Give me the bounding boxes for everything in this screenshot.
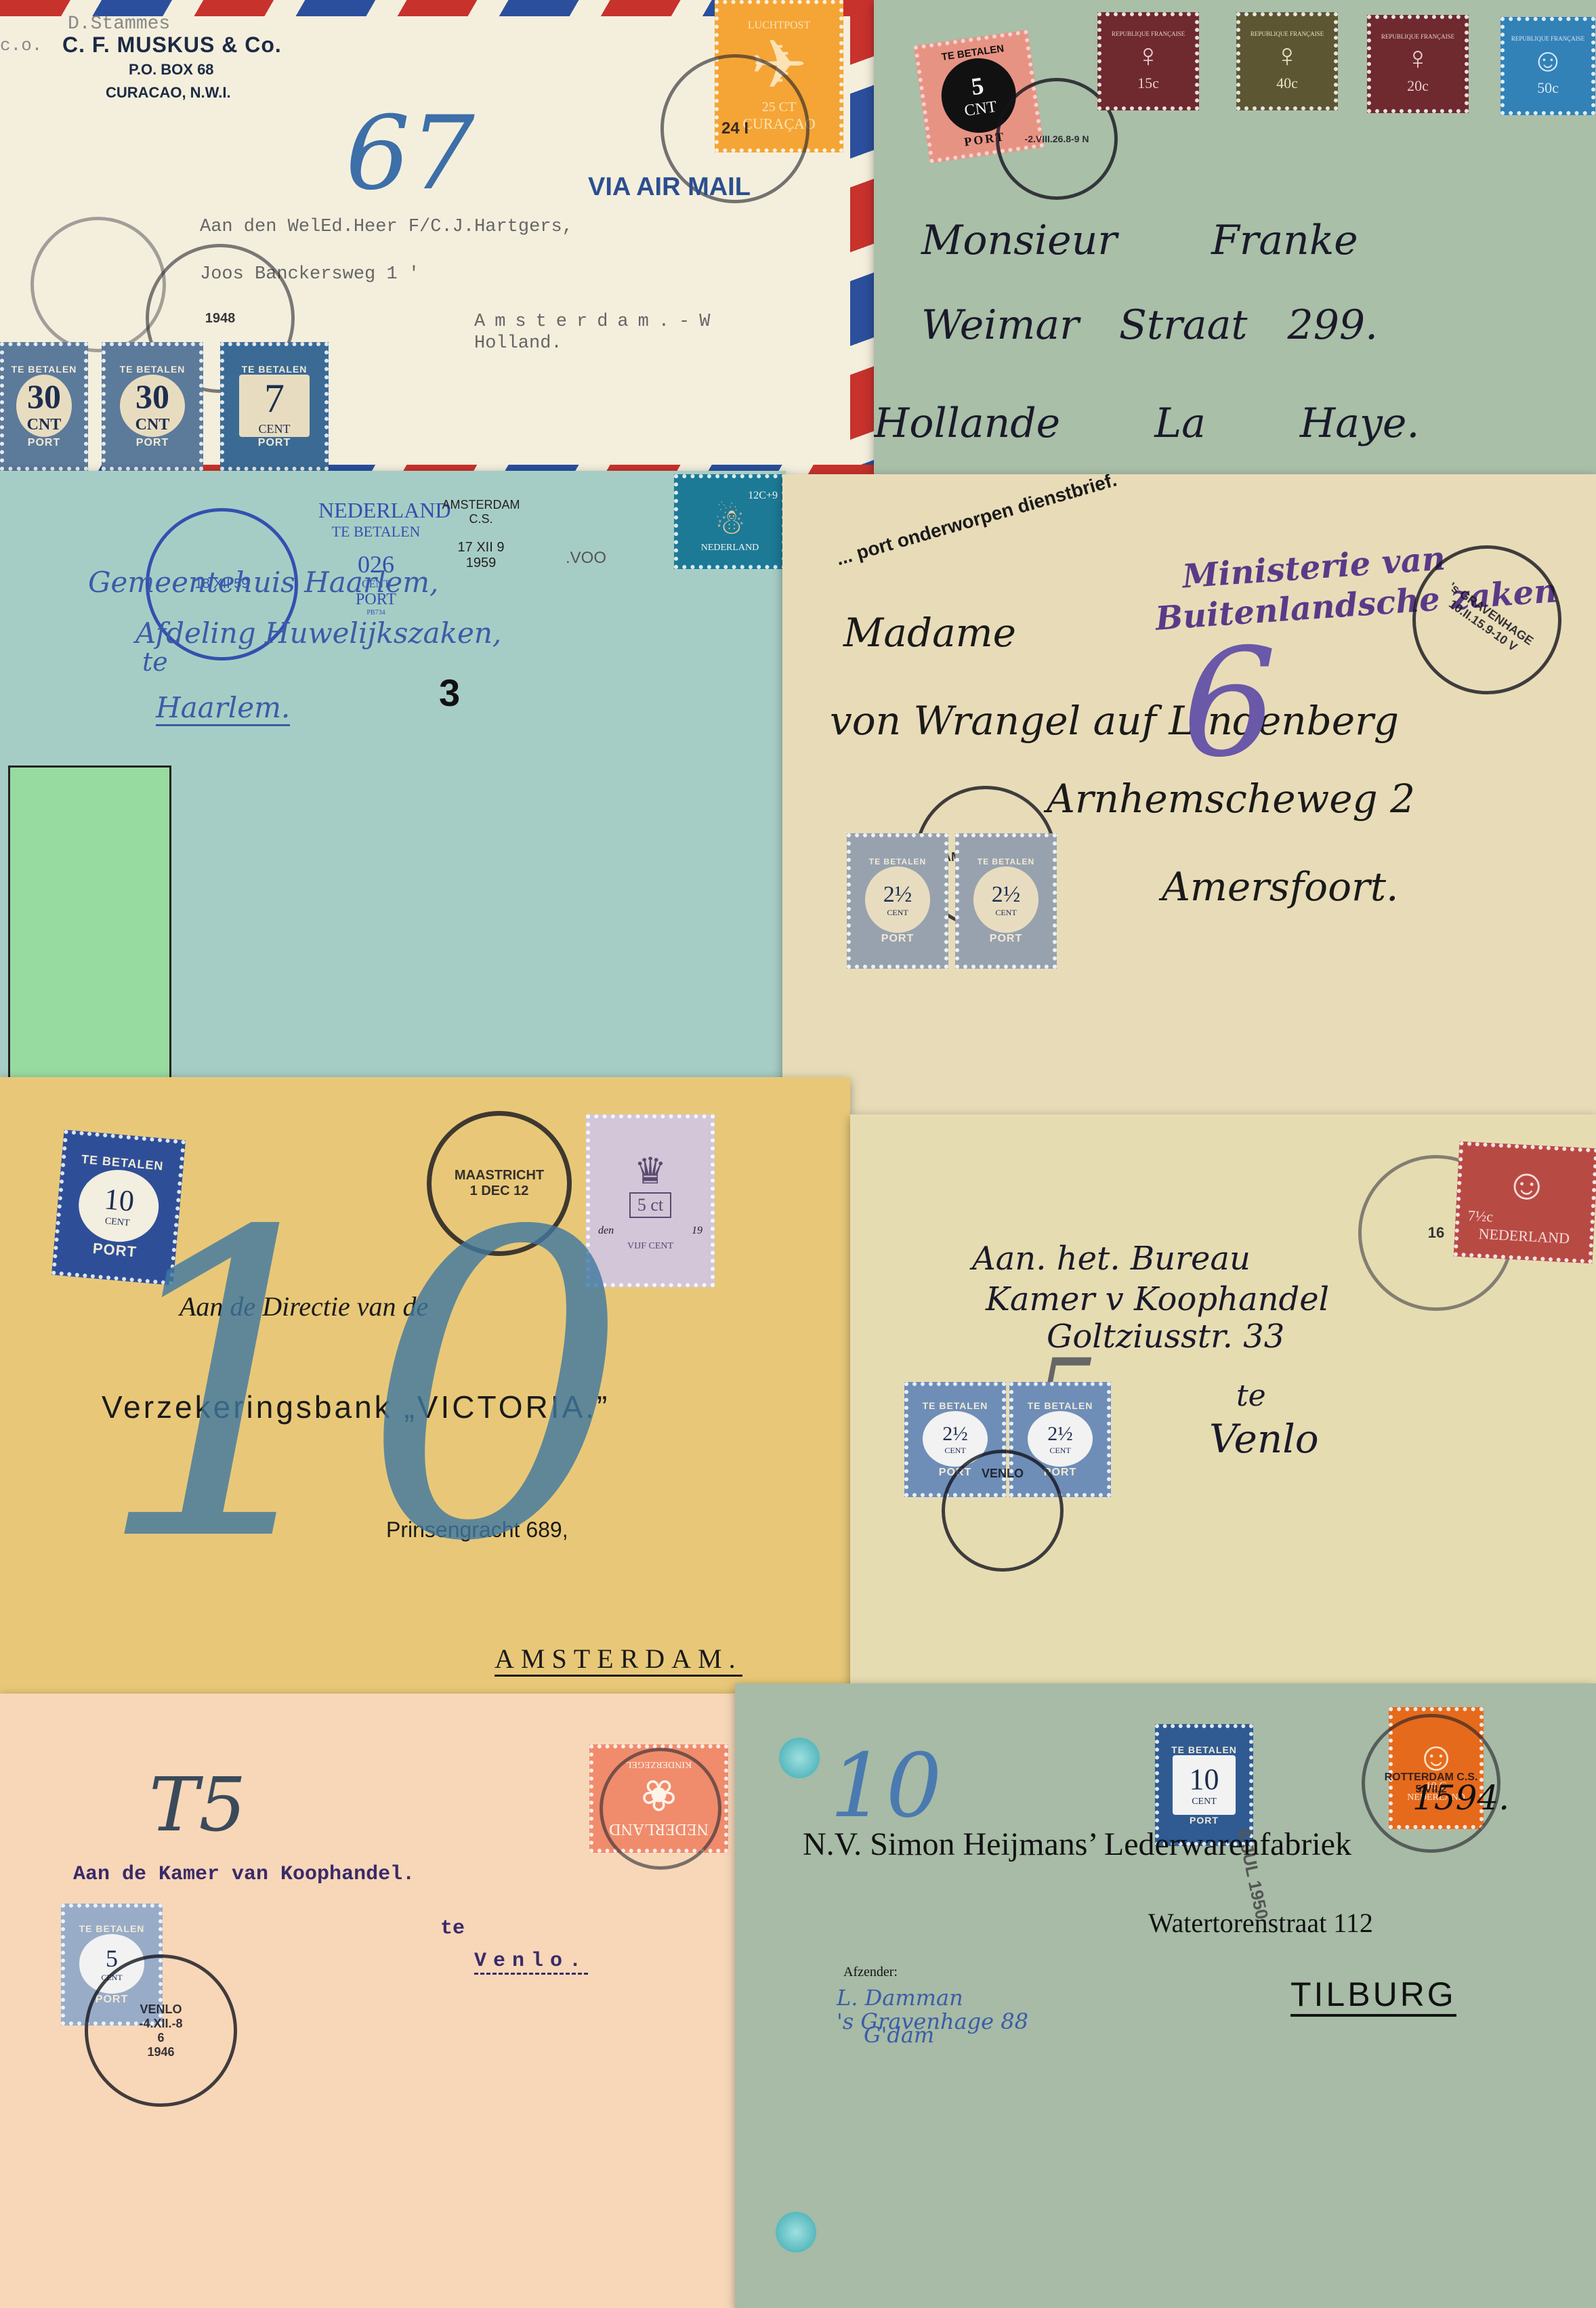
stamp-de-ruyter: ☺ 7½c NEDERLAND bbox=[1454, 1141, 1596, 1263]
stamp-child-welfare: 12C+9 ☃ NEDERLAND bbox=[674, 474, 786, 569]
postage-due-stamp: TE BETALEN 30CNT PORT bbox=[102, 342, 203, 471]
address-line-5: Venlo bbox=[1209, 1416, 1319, 1462]
envelope-venlo-kamer: T5 NEDERLAND ❀ KINDERZEGEL Aan de Kamer … bbox=[0, 1694, 735, 2308]
address-line-3: Venlo. bbox=[474, 1950, 588, 1975]
coat-of-arms-icon: ♛ bbox=[634, 1150, 667, 1192]
address-line-1: Gemeentehuis Haarlem, bbox=[88, 566, 438, 599]
stamp-sower-20c: REPUBLIQUE FRANÇAISE♀20c bbox=[1367, 15, 1469, 113]
envelope-france: TE BETALEN 5 CNT PORT -2.VIII.26.8-9 N R… bbox=[874, 0, 1596, 474]
sender-typed: D.Stammes bbox=[68, 14, 170, 35]
line-city: TILBURG bbox=[1290, 1975, 1456, 2017]
meter-mark: NEDERLAND TE BETALEN 026 CENT PORT PB734 bbox=[318, 498, 434, 620]
postmark-arrival-1 bbox=[30, 217, 166, 352]
address-line-2: Weimar Straat 299. bbox=[921, 301, 1378, 349]
line-company: N.V. Simon Heijmans’ Lederwarenfabriek bbox=[803, 1826, 1351, 1863]
airmail-label: VIA AIR MAIL bbox=[588, 173, 751, 202]
address-line-2: von Wrangel auf Lindenberg bbox=[830, 698, 1399, 744]
envelope-haarlem: 18 XII 59 NEDERLAND TE BETALEN 026 CENT … bbox=[0, 471, 786, 1080]
sender-line-3: G'dam bbox=[864, 2022, 934, 2048]
address-line-3: Hollande La Haye. bbox=[874, 400, 1420, 447]
address-line-4: te bbox=[1236, 1379, 1266, 1413]
green-card-window bbox=[8, 765, 171, 1080]
charge-mark: T5 bbox=[149, 1761, 246, 1848]
address-line-4: Holland. bbox=[474, 333, 562, 354]
charge-mark: 10 bbox=[95, 1145, 629, 1633]
portrait-icon: ☺ bbox=[1503, 1158, 1550, 1211]
sender-co: c.o. bbox=[0, 35, 42, 56]
stamp-sower-40c: REPUBLIQUE FRANÇAISE♀40c bbox=[1236, 12, 1338, 110]
address-line-4: Haarlem. bbox=[156, 691, 290, 726]
sender-label: Afzender: bbox=[843, 1965, 898, 1980]
address-line-2: Kamer v Koophandel bbox=[986, 1280, 1329, 1318]
postmark-amsterdam: AMSTERDAM C.S. 17 XII 9 1959 bbox=[434, 498, 528, 593]
address-line-2: te bbox=[440, 1917, 465, 1940]
address-line-1: Aan de Kamer van Koophandel. bbox=[73, 1863, 415, 1886]
address-line-1: Madame bbox=[843, 610, 1016, 656]
address-line-2: Afdeling Huwelijkszaken, bbox=[135, 616, 501, 650]
postmark-venlo: VENLO -4.XII.-8 6 1946 bbox=[85, 1954, 237, 2107]
sender-box: P.O. BOX 68 bbox=[129, 61, 214, 79]
number-mark: 1594. bbox=[1412, 1778, 1509, 1818]
envelope-tilburg: TE BETALEN 10CENT PORT ☺ 10 C NEDERLAND … bbox=[735, 1683, 1596, 2308]
line-city: AMSTERDAM. bbox=[495, 1643, 742, 1677]
address-line-1: Monsieur Franke bbox=[921, 217, 1358, 264]
wax-seal-icon bbox=[779, 1738, 820, 1778]
address-line-3: Amsterdam.-W bbox=[474, 312, 719, 332]
airmail-border-right bbox=[850, 0, 877, 474]
postage-due-stamp: TE BETALEN 2½CENT PORT bbox=[955, 833, 1057, 969]
postmark-venlo: VENLO bbox=[942, 1450, 1064, 1572]
stamp-sower-15c: REPUBLIQUE FRANÇAISE♀15c bbox=[1097, 12, 1199, 110]
envelope-curacao-airmail: D.Stammes c.o. C. F. MUSKUS & Co. P.O. B… bbox=[0, 0, 877, 474]
sender-company: C. F. MUSKUS & Co. bbox=[62, 33, 282, 58]
envelope-amersfoort: ... port onderworpen dienstbrief. Minist… bbox=[782, 474, 1596, 1125]
number-mark: 3 bbox=[439, 671, 460, 715]
slogan-fragment: .VOO bbox=[566, 549, 606, 568]
wax-seal-icon bbox=[776, 2212, 816, 2252]
address-line-4: Amersfoort. bbox=[1162, 864, 1398, 910]
envelope-venlo-de-ruyter: 16 ☺ 7½c NEDERLAND Aan. het. Bureau Kame… bbox=[850, 1114, 1596, 1694]
handwritten-charge: 67 bbox=[345, 95, 475, 213]
address-line-3: te bbox=[142, 647, 168, 677]
address-line-1: Aan den WelEd.Heer F/C.J.Hartgers, bbox=[200, 217, 573, 237]
postage-due-stamp: TE BETALEN 2½CENT PORT bbox=[847, 833, 948, 969]
cachet-port: ... port onderworpen dienstbrief. bbox=[834, 474, 1120, 570]
charge-mark: 6 bbox=[1182, 616, 1277, 790]
postage-due-stamp: TE BETALEN 30CNT PORT bbox=[0, 342, 88, 471]
line-street: Watertorenstraat 112 bbox=[1148, 1907, 1373, 1939]
sender-line-1: L. Damman bbox=[837, 1985, 963, 2011]
children-figures-icon: ☃ bbox=[714, 502, 746, 543]
address-line-1: Aan. het. Bureau bbox=[972, 1240, 1251, 1278]
sender-city: CURACAO, N.W.I. bbox=[106, 84, 231, 102]
stamp-pasteur-50c: REPUBLIQUE FRANÇAISE☺50c bbox=[1500, 17, 1595, 115]
postage-due-stamp: TE BETALEN 7CENT PORT bbox=[220, 342, 329, 471]
address-line-3: Arnhemscheweg 2 bbox=[1047, 776, 1415, 822]
envelope-victoria: TE BETALEN 10CENT PORT MAASTRICHT1 DEC 1… bbox=[0, 1077, 850, 1694]
charge-mark: 10 bbox=[830, 1734, 942, 1837]
postmark-origin bbox=[600, 1748, 721, 1870]
